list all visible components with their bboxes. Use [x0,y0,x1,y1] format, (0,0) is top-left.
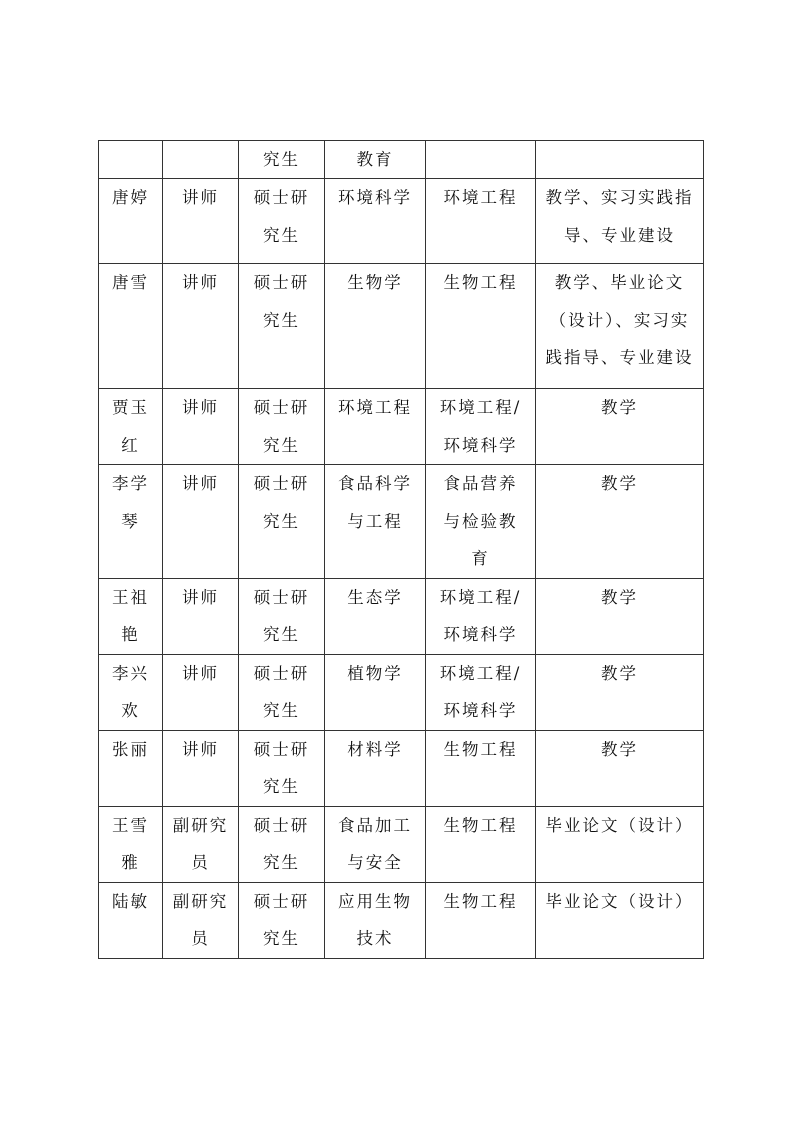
cell-duty: 教学 [536,465,704,579]
cell-degree: 硕士研 究生 [239,264,325,389]
cell-name: 陆敏 [99,882,163,958]
cell-teaching-major: 生物工程 [426,806,536,882]
cell-name: 李学 琴 [99,465,163,579]
staff-table-body: 究生 教育 唐婷 讲师 硕士研 究生 环境科学 环境工程 教学、实习实践指 导、… [99,141,704,959]
cell-title: 讲师 [163,730,239,806]
cell-degree: 究生 [239,141,325,179]
cell-duty [536,141,704,179]
cell-teaching-major: 生物工程 [426,882,536,958]
cell-major: 环境工程 [325,389,426,465]
cell-teaching-major: 生物工程 [426,730,536,806]
cell-duty: 教学、实习实践指 导、专业建设 [536,179,704,264]
cell-degree: 硕士研 究生 [239,465,325,579]
cell-teaching-major: 生物工程 [426,264,536,389]
cell-duty: 毕业论文（设计） [536,882,704,958]
cell-major: 教育 [325,141,426,179]
staff-table: 究生 教育 唐婷 讲师 硕士研 究生 环境科学 环境工程 教学、实习实践指 导、… [98,140,704,959]
cell-teaching-major [426,141,536,179]
cell-name [99,141,163,179]
cell-duty: 教学 [536,654,704,730]
cell-title: 讲师 [163,179,239,264]
table-row: 李兴 欢 讲师 硕士研 究生 植物学 环境工程/ 环境科学 教学 [99,654,704,730]
cell-name: 贾玉 红 [99,389,163,465]
cell-major: 应用生物 技术 [325,882,426,958]
cell-title: 讲师 [163,465,239,579]
cell-major: 植物学 [325,654,426,730]
cell-degree: 硕士研 究生 [239,806,325,882]
cell-title: 副研究 员 [163,882,239,958]
cell-duty: 教学 [536,389,704,465]
cell-teaching-major: 环境工程/ 环境科学 [426,578,536,654]
cell-name: 王雪 雅 [99,806,163,882]
cell-name: 张丽 [99,730,163,806]
cell-title [163,141,239,179]
cell-degree: 硕士研 究生 [239,882,325,958]
cell-title: 讲师 [163,264,239,389]
cell-title: 讲师 [163,578,239,654]
cell-teaching-major: 环境工程 [426,179,536,264]
table-row: 张丽 讲师 硕士研 究生 材料学 生物工程 教学 [99,730,704,806]
cell-degree: 硕士研 究生 [239,179,325,264]
cell-major: 材料学 [325,730,426,806]
table-row: 唐婷 讲师 硕士研 究生 环境科学 环境工程 教学、实习实践指 导、专业建设 [99,179,704,264]
cell-teaching-major: 环境工程/ 环境科学 [426,654,536,730]
cell-degree: 硕士研 究生 [239,578,325,654]
cell-major: 食品科学 与工程 [325,465,426,579]
cell-major: 生态学 [325,578,426,654]
cell-teaching-major: 食品营养 与检验教 育 [426,465,536,579]
cell-name: 王祖 艳 [99,578,163,654]
cell-degree: 硕士研 究生 [239,654,325,730]
cell-degree: 硕士研 究生 [239,389,325,465]
cell-duty: 教学 [536,578,704,654]
cell-duty: 教学 [536,730,704,806]
cell-title: 讲师 [163,389,239,465]
table-row: 唐雪 讲师 硕士研 究生 生物学 生物工程 教学、毕业论文 （设计）、实习实 践… [99,264,704,389]
cell-name: 李兴 欢 [99,654,163,730]
cell-major: 食品加工 与安全 [325,806,426,882]
table-row: 贾玉 红 讲师 硕士研 究生 环境工程 环境工程/ 环境科学 教学 [99,389,704,465]
table-row: 李学 琴 讲师 硕士研 究生 食品科学 与工程 食品营养 与检验教 育 教学 [99,465,704,579]
cell-major: 生物学 [325,264,426,389]
cell-duty: 教学、毕业论文 （设计）、实习实 践指导、专业建设 [536,264,704,389]
cell-title: 副研究 员 [163,806,239,882]
cell-duty: 毕业论文（设计） [536,806,704,882]
table-row: 陆敏 副研究 员 硕士研 究生 应用生物 技术 生物工程 毕业论文（设计） [99,882,704,958]
table-row: 王祖 艳 讲师 硕士研 究生 生态学 环境工程/ 环境科学 教学 [99,578,704,654]
cell-major: 环境科学 [325,179,426,264]
cell-name: 唐雪 [99,264,163,389]
cell-name: 唐婷 [99,179,163,264]
cell-title: 讲师 [163,654,239,730]
cell-teaching-major: 环境工程/ 环境科学 [426,389,536,465]
table-row: 王雪 雅 副研究 员 硕士研 究生 食品加工 与安全 生物工程 毕业论文（设计） [99,806,704,882]
cell-degree: 硕士研 究生 [239,730,325,806]
table-row: 究生 教育 [99,141,704,179]
